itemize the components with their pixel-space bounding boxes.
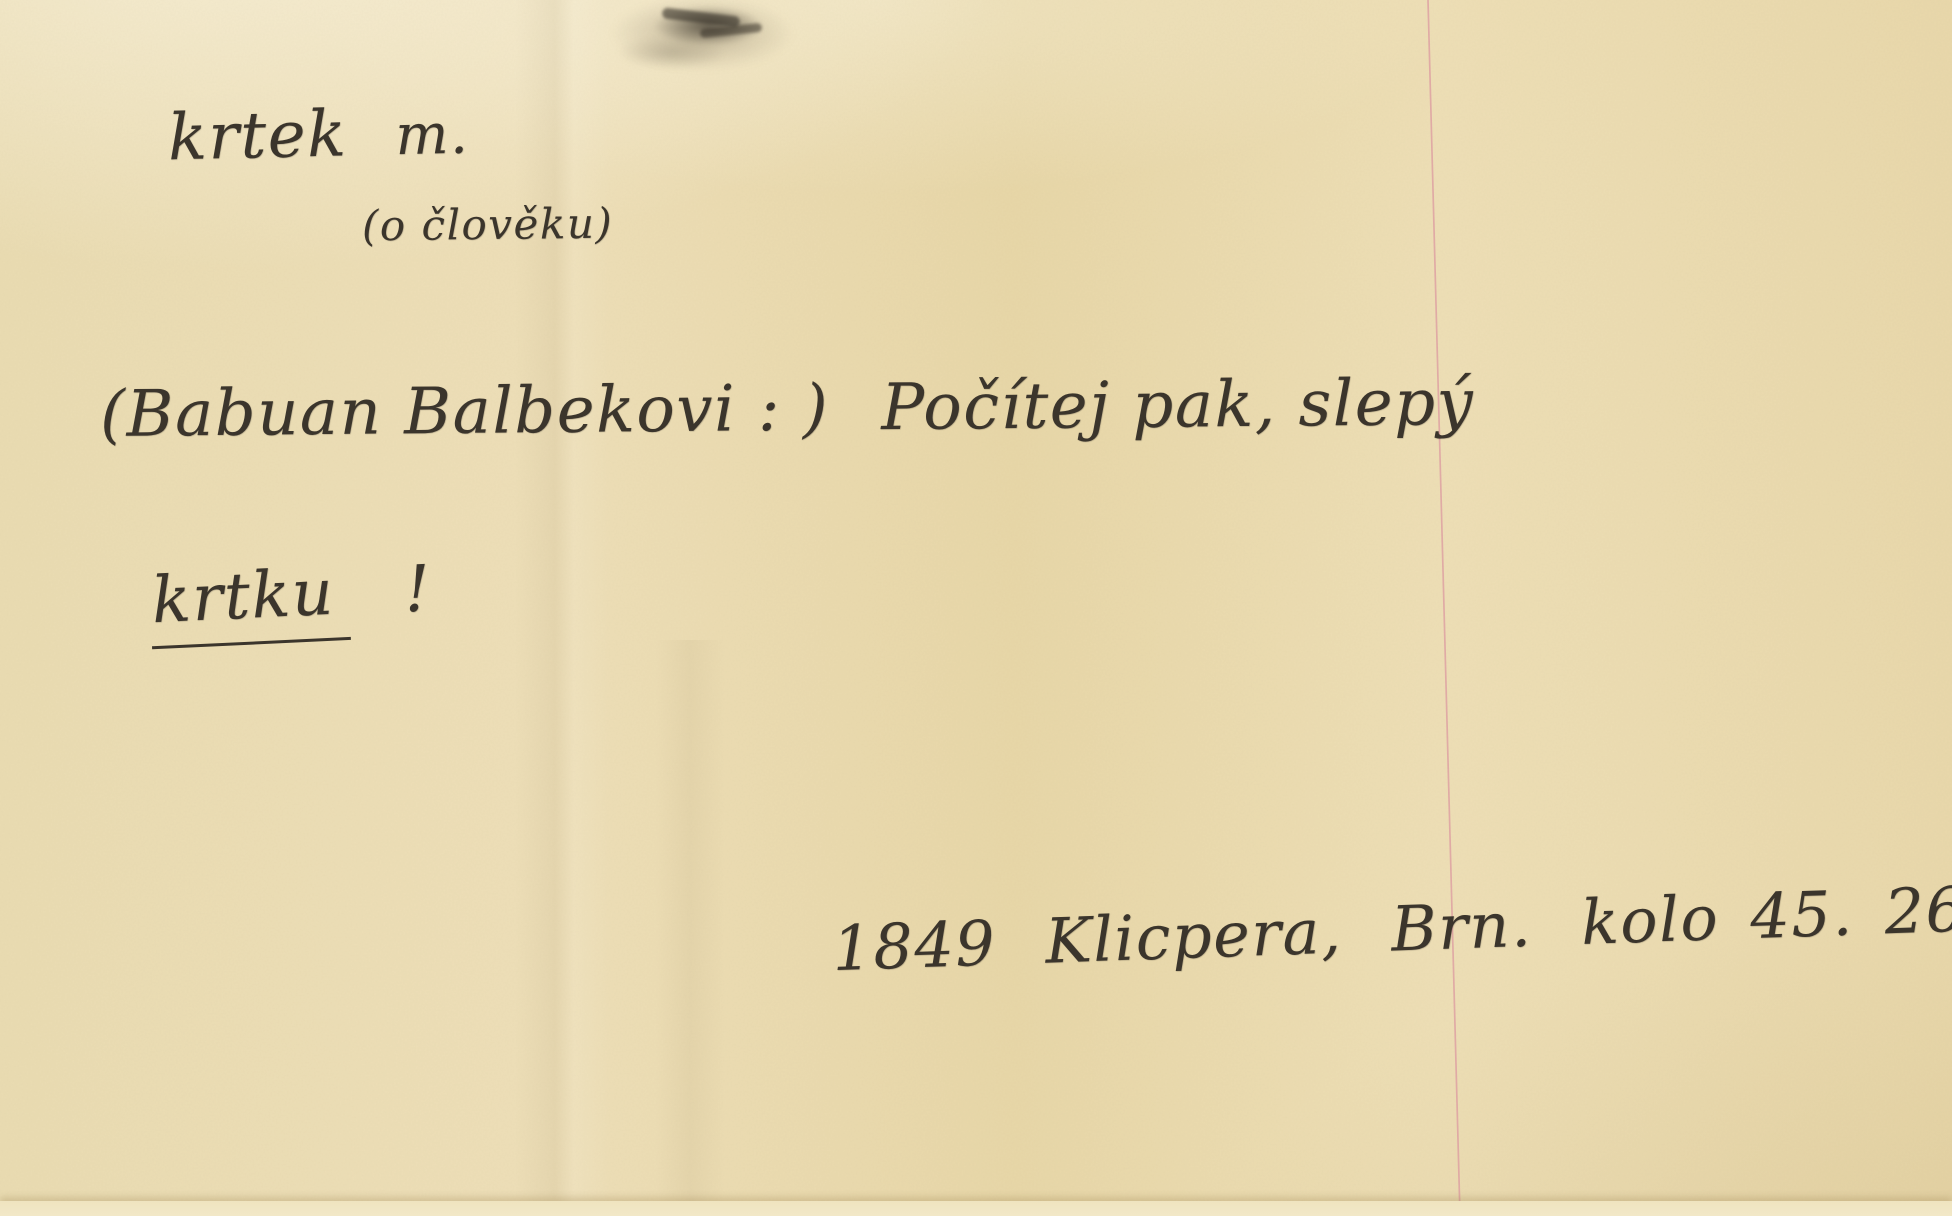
usage-note: (o člověku) [362,199,614,251]
card-bottom-edge [0,1201,1952,1216]
archive-card-scan: krtekm. (o člověku) (Babuan Balbekovi : … [0,0,1952,1216]
gender-abbreviation: m. [395,102,470,169]
quotation-text: Počítej pak, slepý [881,366,1475,445]
ink-smudge-stain [700,23,763,38]
ink-smudge-stain [662,7,741,27]
quotation-continuation-line: krtku! [148,552,433,648]
headword-line: krtekm. [167,95,470,176]
citation-author: Klicpera, [1044,894,1343,977]
citation-year: 1849 [831,906,997,985]
citation-line: 1849 Klicpera, Brn. kolo 45. 26. [831,872,1952,985]
headword: krtek [167,97,348,175]
ink-smudge-stain [642,2,774,50]
quotation-line: (Babuan Balbekovi : )Počítej pak, slepý [100,366,1475,452]
exclamation-mark: ! [403,552,433,627]
paper-crease [515,0,610,1216]
ink-smudge-stain [585,0,820,81]
quotation-speaker: (Babuan Balbekovi : ) [100,372,830,452]
ink-smudge-stain [596,30,746,76]
paper-crease [655,640,725,1216]
underlined-word: krtku [148,555,350,649]
citation-locator: kolo 45. 26. [1580,872,1952,959]
citation-source: Brn. [1390,888,1533,966]
